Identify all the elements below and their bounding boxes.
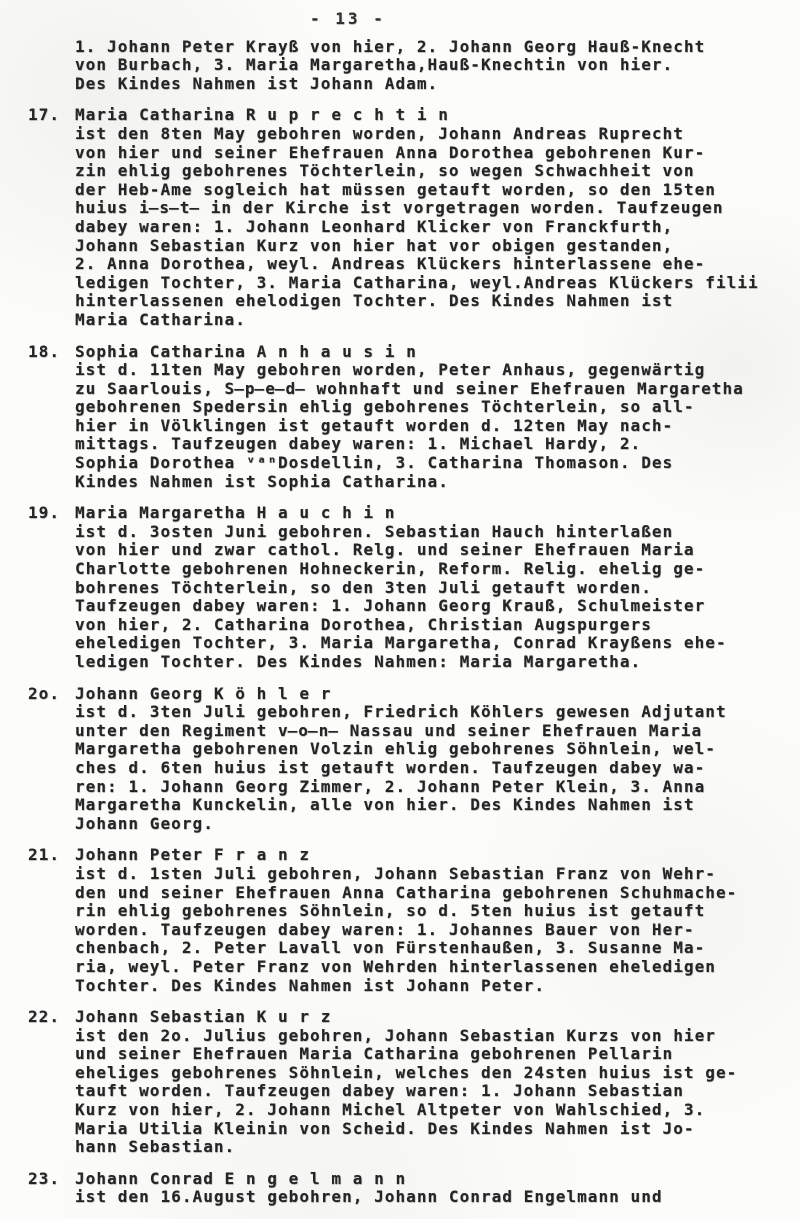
register-entry-20: 2o. Johann Georg K ö h l e r ist d. 3ten… [28,685,765,834]
entry-child-name: Johann Georg K ö h l e r [75,685,765,704]
entry-text: ist den 8ten May gebohren worden, Johann… [75,125,765,330]
entry-text: ist d. 1sten Juli gebohren, Johann Sebas… [75,865,765,995]
register-entry-23: 23. Johann Conrad E n g e l m a n n ist … [28,1170,765,1207]
entry-number: 19. [28,504,75,671]
entry-number: 23. [28,1170,75,1207]
entry-child-name: Johann Conrad E n g e l m a n n [75,1170,765,1189]
entry-child-name: Maria Margaretha H a u c h i n [75,504,765,523]
entry-text: ist d. 11ten May gebohren worden, Peter … [75,361,765,491]
entry-body: Sophia Catharina A n h a u s i n ist d. … [75,343,765,492]
entry-number: 17. [28,106,75,329]
register-entry-22: 22. Johann Sebastian K u r z ist den 2o.… [28,1008,765,1157]
scanned-register-page: - 13 - 1. Johann Peter Krayß von hier, 2… [0,0,800,1207]
register-entry-17: 17. Maria Catharina R u p r e c h t i n … [28,106,765,329]
entry-body: Maria Margaretha H a u c h i n ist d. 3o… [75,504,765,671]
entry-number: 22. [28,1008,75,1157]
register-entry-19: 19. Maria Margaretha H a u c h i n ist d… [28,504,765,671]
entry-text: ist den 16.August gebohren, Johann Conra… [75,1188,765,1207]
entry-text: ist d. 3ten Juli gebohren, Friedrich Köh… [75,703,765,833]
entry-body: Johann Conrad E n g e l m a n n ist den … [75,1170,765,1207]
entry-number: 18. [28,343,75,492]
entry-number: 21. [28,846,75,995]
entry-text: ist d. 3osten Juni gebohren. Sebastian H… [75,523,765,672]
entry-body: Johann Georg K ö h l e r ist d. 3ten Jul… [75,685,765,834]
entry-body: Johann Sebastian K u r z ist den 2o. Jul… [75,1008,765,1157]
register-entry-21: 21. Johann Peter F r a n z ist d. 1sten … [28,846,765,995]
entry-child-name: Maria Catharina R u p r e c h t i n [75,106,765,125]
entry-body: Johann Peter F r a n z ist d. 1sten Juli… [75,846,765,995]
page-number: - 13 - [310,10,765,29]
entry-body: Maria Catharina R u p r e c h t i n ist … [75,106,765,329]
entry-child-name: Sophia Catharina A n h a u s i n [75,343,765,362]
entry-child-name: Johann Peter F r a n z [75,846,765,865]
entry-text: ist den 2o. Julius gebohren, Johann Seba… [75,1027,765,1157]
entry-number: 2o. [28,685,75,834]
register-entry-18: 18. Sophia Catharina A n h a u s i n ist… [28,343,765,492]
entry-16-continuation-text: 1. Johann Peter Krayß von hier, 2. Johan… [75,38,765,94]
entry-child-name: Johann Sebastian K u r z [75,1008,765,1027]
